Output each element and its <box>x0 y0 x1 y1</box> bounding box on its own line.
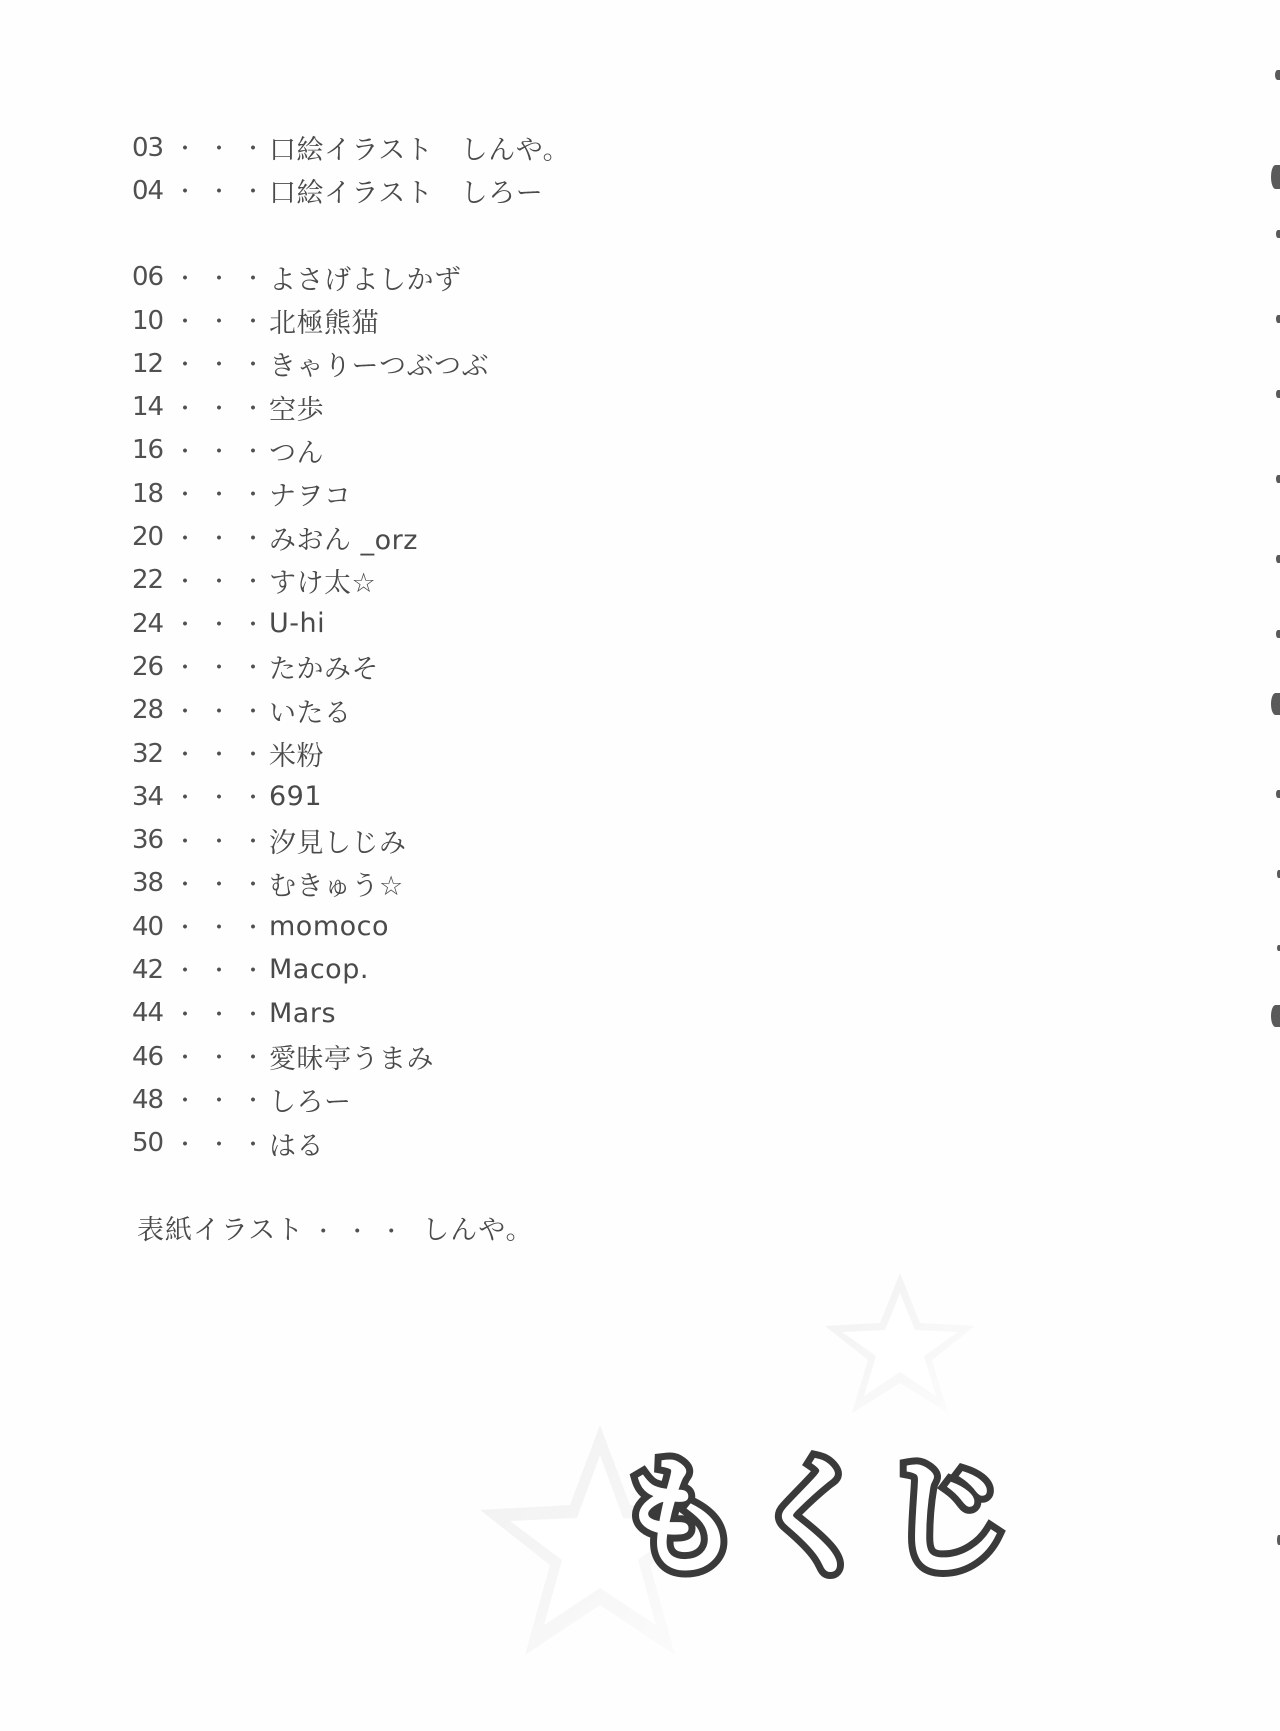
toc-leader-dots: ・・・ <box>312 1215 414 1246</box>
toc-entry-title: むきゅう☆ <box>269 864 404 903</box>
toc-entry-title: はる <box>269 1124 324 1163</box>
toc-page-number: 34 <box>132 782 168 812</box>
toc-entry: 36 ・・・ 汐見しじみ <box>132 818 570 861</box>
edge-mark <box>1271 165 1280 189</box>
toc-entry: 16 ・・・ つん <box>132 429 570 472</box>
toc-leader-dots: ・・・ <box>174 1041 269 1072</box>
toc-leader-dots: ・・・ <box>174 781 269 812</box>
toc-entry-title: Mars <box>269 998 336 1029</box>
toc-entry-title: きゃりーつぶつぶ <box>269 344 489 383</box>
toc-page-number: 44 <box>132 998 168 1028</box>
toc-entry-title: Macop. <box>269 954 369 985</box>
toc-entry-title: すけ太☆ <box>269 561 376 600</box>
toc-group-frontispiece: 03 ・・・ 口絵イラスト しんや。 04 ・・・ 口絵イラスト しろー <box>132 126 570 213</box>
toc-page-number: 50 <box>132 1128 168 1158</box>
toc-leader-dots: ・・・ <box>174 305 269 336</box>
toc-entry-title: 汐見しじみ <box>269 821 407 860</box>
toc-entry-title: 空歩 <box>269 388 324 427</box>
toc-entry-title: 口絵イラスト しろー <box>269 171 543 210</box>
toc-page-number: 12 <box>132 349 168 379</box>
toc-page-number: 04 <box>132 176 168 206</box>
toc-entry: 48 ・・・ しろー <box>132 1078 570 1121</box>
toc-page-number: 06 <box>132 262 168 292</box>
toc-entry-title: ナヲコ <box>269 474 352 513</box>
toc-page-number: 03 <box>132 133 168 163</box>
toc-entry: 26 ・・・ たかみそ <box>132 645 570 688</box>
toc-entry: 20 ・・・ みおん _orz <box>132 515 570 558</box>
toc-entry-title: つん <box>269 431 324 470</box>
toc-entry: 10 ・・・ 北極熊猫 <box>132 299 570 342</box>
toc-entry: 34 ・・・ 691 <box>132 775 570 818</box>
toc-entry-title: 691 <box>269 781 322 812</box>
binding-edge-marks <box>1266 0 1280 1731</box>
toc-entry: 44 ・・・ Mars <box>132 992 570 1035</box>
toc-page-number: 10 <box>132 306 168 336</box>
toc-entry: 03 ・・・ 口絵イラスト しんや。 <box>132 126 570 169</box>
toc-page-number: 38 <box>132 868 168 898</box>
edge-mark <box>1276 315 1280 323</box>
toc-leader-dots: ・・・ <box>174 565 269 596</box>
edge-mark <box>1276 475 1280 483</box>
star-icon <box>820 1268 980 1418</box>
toc-entry-title: 愛昧亭うまみ <box>269 1037 434 1076</box>
toc-page-number: 26 <box>132 652 168 682</box>
toc-leader-dots: ・・・ <box>174 695 269 726</box>
toc-leader-dots: ・・・ <box>174 392 269 423</box>
toc-page-number: 36 <box>132 825 168 855</box>
toc-entry-title: 口絵イラスト しんや。 <box>269 128 570 167</box>
toc-page-number: 42 <box>132 955 168 985</box>
toc-leader-dots: ・・・ <box>174 478 269 509</box>
cover-illustration-credit: 表紙イラスト・・・しんや。 <box>137 1208 534 1247</box>
toc-leader-dots: ・・・ <box>174 435 269 466</box>
toc-leader-dots: ・・・ <box>174 348 269 379</box>
edge-mark <box>1275 70 1280 80</box>
cover-credit-artist: しんや。 <box>422 1215 533 1246</box>
toc-entry: 28 ・・・ いたる <box>132 689 570 732</box>
toc-entry-title: 北極熊猫 <box>269 301 379 340</box>
toc-entry: 04 ・・・ 口絵イラスト しろー <box>132 169 570 212</box>
toc-entry: 06 ・・・ よさげよしかず <box>132 256 570 299</box>
toc-page-number: 14 <box>132 392 168 422</box>
toc-page-number: 18 <box>132 479 168 509</box>
toc-entry: 24 ・・・ U-hi <box>132 602 570 645</box>
toc-leader-dots: ・・・ <box>174 954 269 985</box>
toc-leader-dots: ・・・ <box>174 262 269 293</box>
toc-entry-title: 米粉 <box>269 734 324 773</box>
toc-leader-dots: ・・・ <box>174 1084 269 1115</box>
toc-page-number: 28 <box>132 695 168 725</box>
toc-entry: 22 ・・・ すけ太☆ <box>132 559 570 602</box>
toc-entry-title: たかみそ <box>269 647 379 686</box>
toc-entry: 50 ・・・ はる <box>132 1122 570 1165</box>
toc-entry: 32 ・・・ 米粉 <box>132 732 570 775</box>
toc-leader-dots: ・・・ <box>174 175 269 206</box>
toc-entry-title: しろー <box>269 1080 352 1119</box>
toc-entry-title: momoco <box>269 911 389 942</box>
edge-mark <box>1276 555 1280 563</box>
edge-mark <box>1276 630 1280 638</box>
toc-leader-dots: ・・・ <box>174 911 269 942</box>
toc-page-number: 46 <box>132 1042 168 1072</box>
edge-mark <box>1276 230 1280 238</box>
toc-page-number: 20 <box>132 522 168 552</box>
toc-entry-title: よさげよしかず <box>269 258 462 297</box>
toc-page-number: 24 <box>132 609 168 639</box>
edge-mark <box>1271 693 1280 715</box>
toc-group-contributors: 06 ・・・ よさげよしかず 10 ・・・ 北極熊猫 12 ・・・ きゃりーつぶ… <box>132 256 570 1165</box>
toc-entry-title: みおん _orz <box>269 518 418 557</box>
edge-mark <box>1276 390 1280 398</box>
toc-entry: 12 ・・・ きゃりーつぶつぶ <box>132 342 570 385</box>
toc-page-number: 32 <box>132 739 168 769</box>
toc-entry: 46 ・・・ 愛昧亭うまみ <box>132 1035 570 1078</box>
toc-entry: 14 ・・・ 空歩 <box>132 385 570 428</box>
toc-leader-dots: ・・・ <box>174 608 269 639</box>
toc-leader-dots: ・・・ <box>174 738 269 769</box>
toc-leader-dots: ・・・ <box>174 825 269 856</box>
cover-credit-label: 表紙イラスト <box>137 1215 304 1246</box>
toc-leader-dots: ・・・ <box>174 651 269 682</box>
page-title: もくじ <box>615 1455 1017 1583</box>
toc-entry-title: U-hi <box>269 608 325 639</box>
toc-leader-dots: ・・・ <box>174 1128 269 1159</box>
toc-leader-dots: ・・・ <box>174 522 269 553</box>
toc-entry: 40 ・・・ momoco <box>132 905 570 948</box>
toc-entry-title: いたる <box>269 691 352 730</box>
toc-leader-dots: ・・・ <box>174 868 269 899</box>
toc-entry: 42 ・・・ Macop. <box>132 948 570 991</box>
toc-leader-dots: ・・・ <box>174 998 269 1029</box>
edge-mark <box>1271 1005 1280 1027</box>
toc-page-number: 22 <box>132 565 168 595</box>
document-page: 03 ・・・ 口絵イラスト しんや。 04 ・・・ 口絵イラスト しろー 06 … <box>0 0 1280 1731</box>
toc-page-number: 16 <box>132 435 168 465</box>
toc-entry: 18 ・・・ ナヲコ <box>132 472 570 515</box>
toc-page-number: 40 <box>132 912 168 942</box>
toc-entry: 38 ・・・ むきゅう☆ <box>132 862 570 905</box>
table-of-contents: 03 ・・・ 口絵イラスト しんや。 04 ・・・ 口絵イラスト しろー 06 … <box>132 126 570 1165</box>
toc-leader-dots: ・・・ <box>174 132 269 163</box>
toc-page-number: 48 <box>132 1085 168 1115</box>
edge-mark <box>1276 790 1280 798</box>
